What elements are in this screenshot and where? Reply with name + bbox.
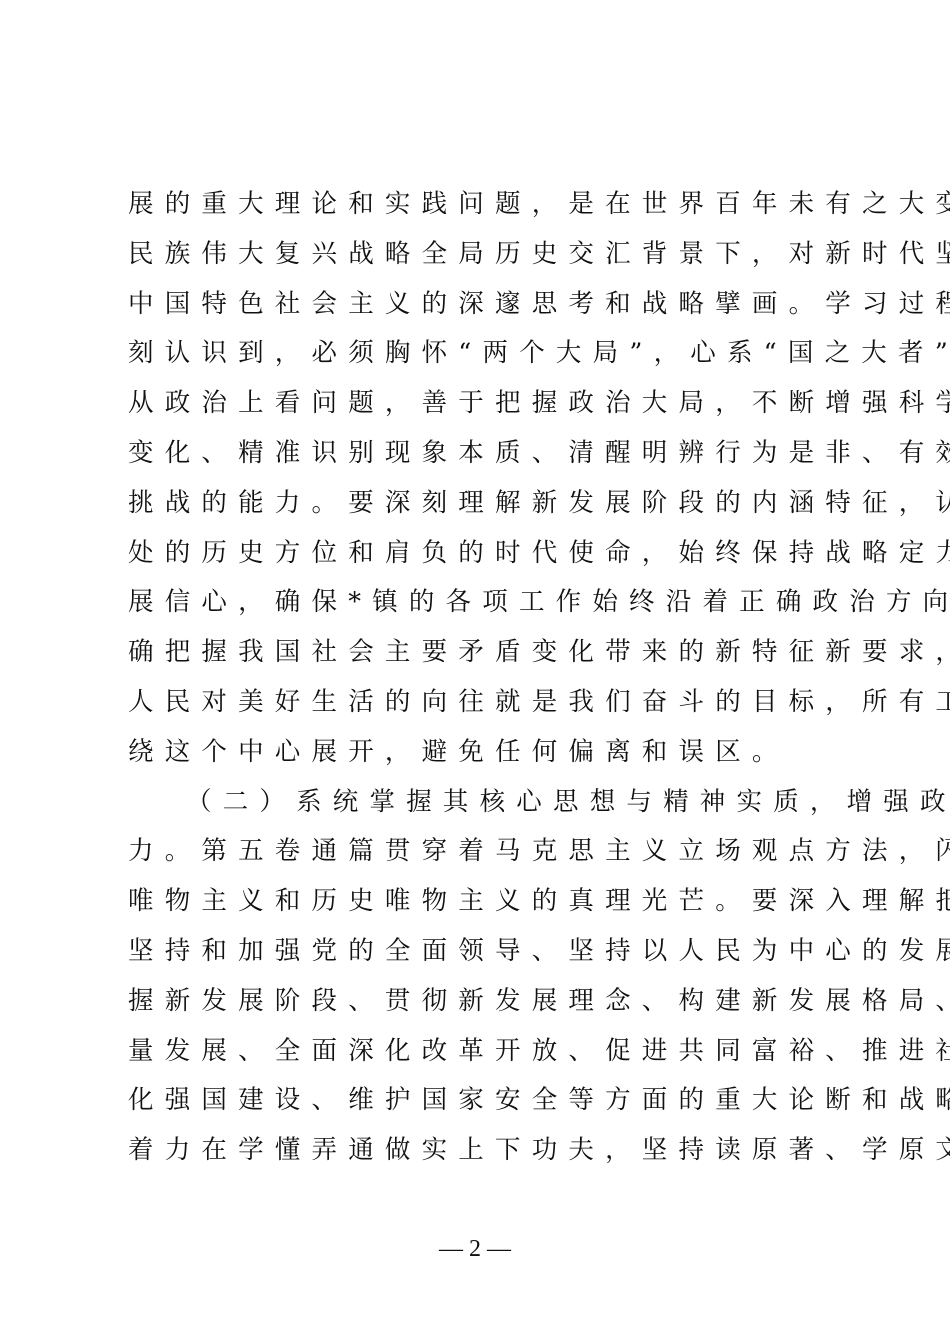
body-text: 展的重大理论和实践问题，是在世界百年未有之大变局和中华 民族伟大复兴战略全局历史…: [128, 180, 828, 1176]
text-line: 展的重大理论和实践问题，是在世界百年未有之大变局和中华: [128, 180, 828, 230]
text-line: 绕这个中心展开，避免任何偏离和误区。: [128, 728, 828, 778]
text-line: 力。第五卷通篇贯穿着马克思主义立场观点方法，闪耀着辩证: [128, 827, 828, 877]
page-number: — 2 —: [0, 1236, 950, 1263]
text-line: 展信心，确保*镇的各项工作始终沿着正确政治方向前进。要准: [128, 578, 828, 628]
text-line: 人民对美好生活的向往就是我们奋斗的目标，所有工作都要围: [128, 678, 828, 728]
text-line: 变化、精准识别现象本质、清醒明辨行为是非、有效抵御风险: [128, 429, 828, 479]
text-line: 化强国建设、维护国家安全等方面的重大论断和战略部署。要: [128, 1076, 828, 1126]
text-line: 刻认识到，必须胸怀“两个大局”，心系“国之大者”，善于: [128, 329, 828, 379]
text-line: 处的历史方位和肩负的时代使命，始终保持战略定力，坚定发: [128, 529, 828, 579]
text-line: 握新发展阶段、贯彻新发展理念、构建新发展格局、推动高质: [128, 977, 828, 1027]
section-heading-text: 系统掌握其核心思想与精神实质，增强政治领悟: [296, 787, 950, 817]
text-line: 挑战的能力。要深刻理解新发展阶段的内涵特征，认清我们所: [128, 479, 828, 529]
section-heading-line: （二）系统掌握其核心思想与精神实质，增强政治领悟: [128, 778, 828, 828]
text-line: 民族伟大复兴战略全局历史交汇背景下，对新时代坚持和发展: [128, 230, 828, 280]
text-line: 坚持和加强党的全面领导、坚持以人民为中心的发展思想、把: [128, 927, 828, 977]
document-page: 展的重大理论和实践问题，是在世界百年未有之大变局和中华 民族伟大复兴战略全局历史…: [0, 0, 950, 1344]
text-line: 量发展、全面深化改革开放、促进共同富裕、推进社会主义文: [128, 1027, 828, 1077]
text-line: 从政治上看问题，善于把握政治大局，不断增强科学把握形势: [128, 379, 828, 429]
text-line: 唯物主义和历史唯物主义的真理光芒。要深入理解把握其关于: [128, 877, 828, 927]
text-line: 着力在学懂弄通做实上下功夫，坚持读原著、学原文、悟原: [128, 1126, 828, 1176]
text-line: 中国特色社会主义的深邃思考和战略擘画。学习过程中，我深: [128, 280, 828, 330]
section-number: （二）: [186, 787, 296, 817]
text-line: 确把握我国社会主要矛盾变化带来的新特征新要求，深刻认识: [128, 628, 828, 678]
